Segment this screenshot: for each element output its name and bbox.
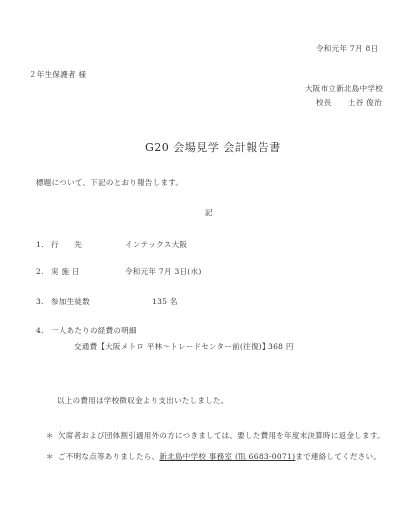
item-value: インテックス大阪 [125,240,187,250]
expense-amount: 368 円 [268,342,294,352]
item-number: 3. [36,297,44,307]
item-label: 行 先 [51,240,82,250]
recipient: ２年生保護者 様 [29,70,86,80]
note-contact-prefix: ご不明な点等ありましたら、 [58,452,159,461]
item-number: 1. [36,240,44,250]
note-asterisk-icon: ＊ [46,452,54,462]
note-asterisk-icon: ＊ [46,431,54,441]
intro-text: 標題について、下記のとおり報告します。 [36,178,183,188]
item-number: 4. [36,326,44,336]
item-label: 実 施 日 [51,267,80,277]
document-date: 令和元年 7月 8日 [316,44,378,54]
page-title: G20 会場見学 会計報告書 [145,141,281,155]
sender-school: 大阪市立新北島中学校 [305,84,383,94]
sender-role: 校長 [316,98,332,108]
sender-name: 土谷 俊治 [348,98,382,108]
note-contact-suffix: まで連絡してください。 [295,452,381,461]
expense-item: 交通費【大阪メトロ 平林～トレードセンター前(往復)】 [74,342,270,352]
note-contact: ご不明な点等ありましたら、新北島中学校 事務室 (℡ 6683-0071)まで連… [58,452,381,462]
item-value: 令和元年 7月 3日(水) [125,267,202,277]
school-office-contact: 新北島中学校 事務室 (℡ 6683-0071) [159,452,295,461]
ki-label: 記 [205,208,213,218]
item-value: 135 名 [152,297,178,307]
item-label: 参加生徒数 [51,297,90,307]
item-label: 一人あたりの経費の明細 [51,326,137,336]
item-number: 2. [36,267,44,277]
closing-text: 以上の費用は学校徴収金より支出いたしました。 [57,396,229,406]
note-refund: 欠席者および団体割引適用外の方につきましては、要した費用を年度末決算時に返金しま… [58,431,385,441]
